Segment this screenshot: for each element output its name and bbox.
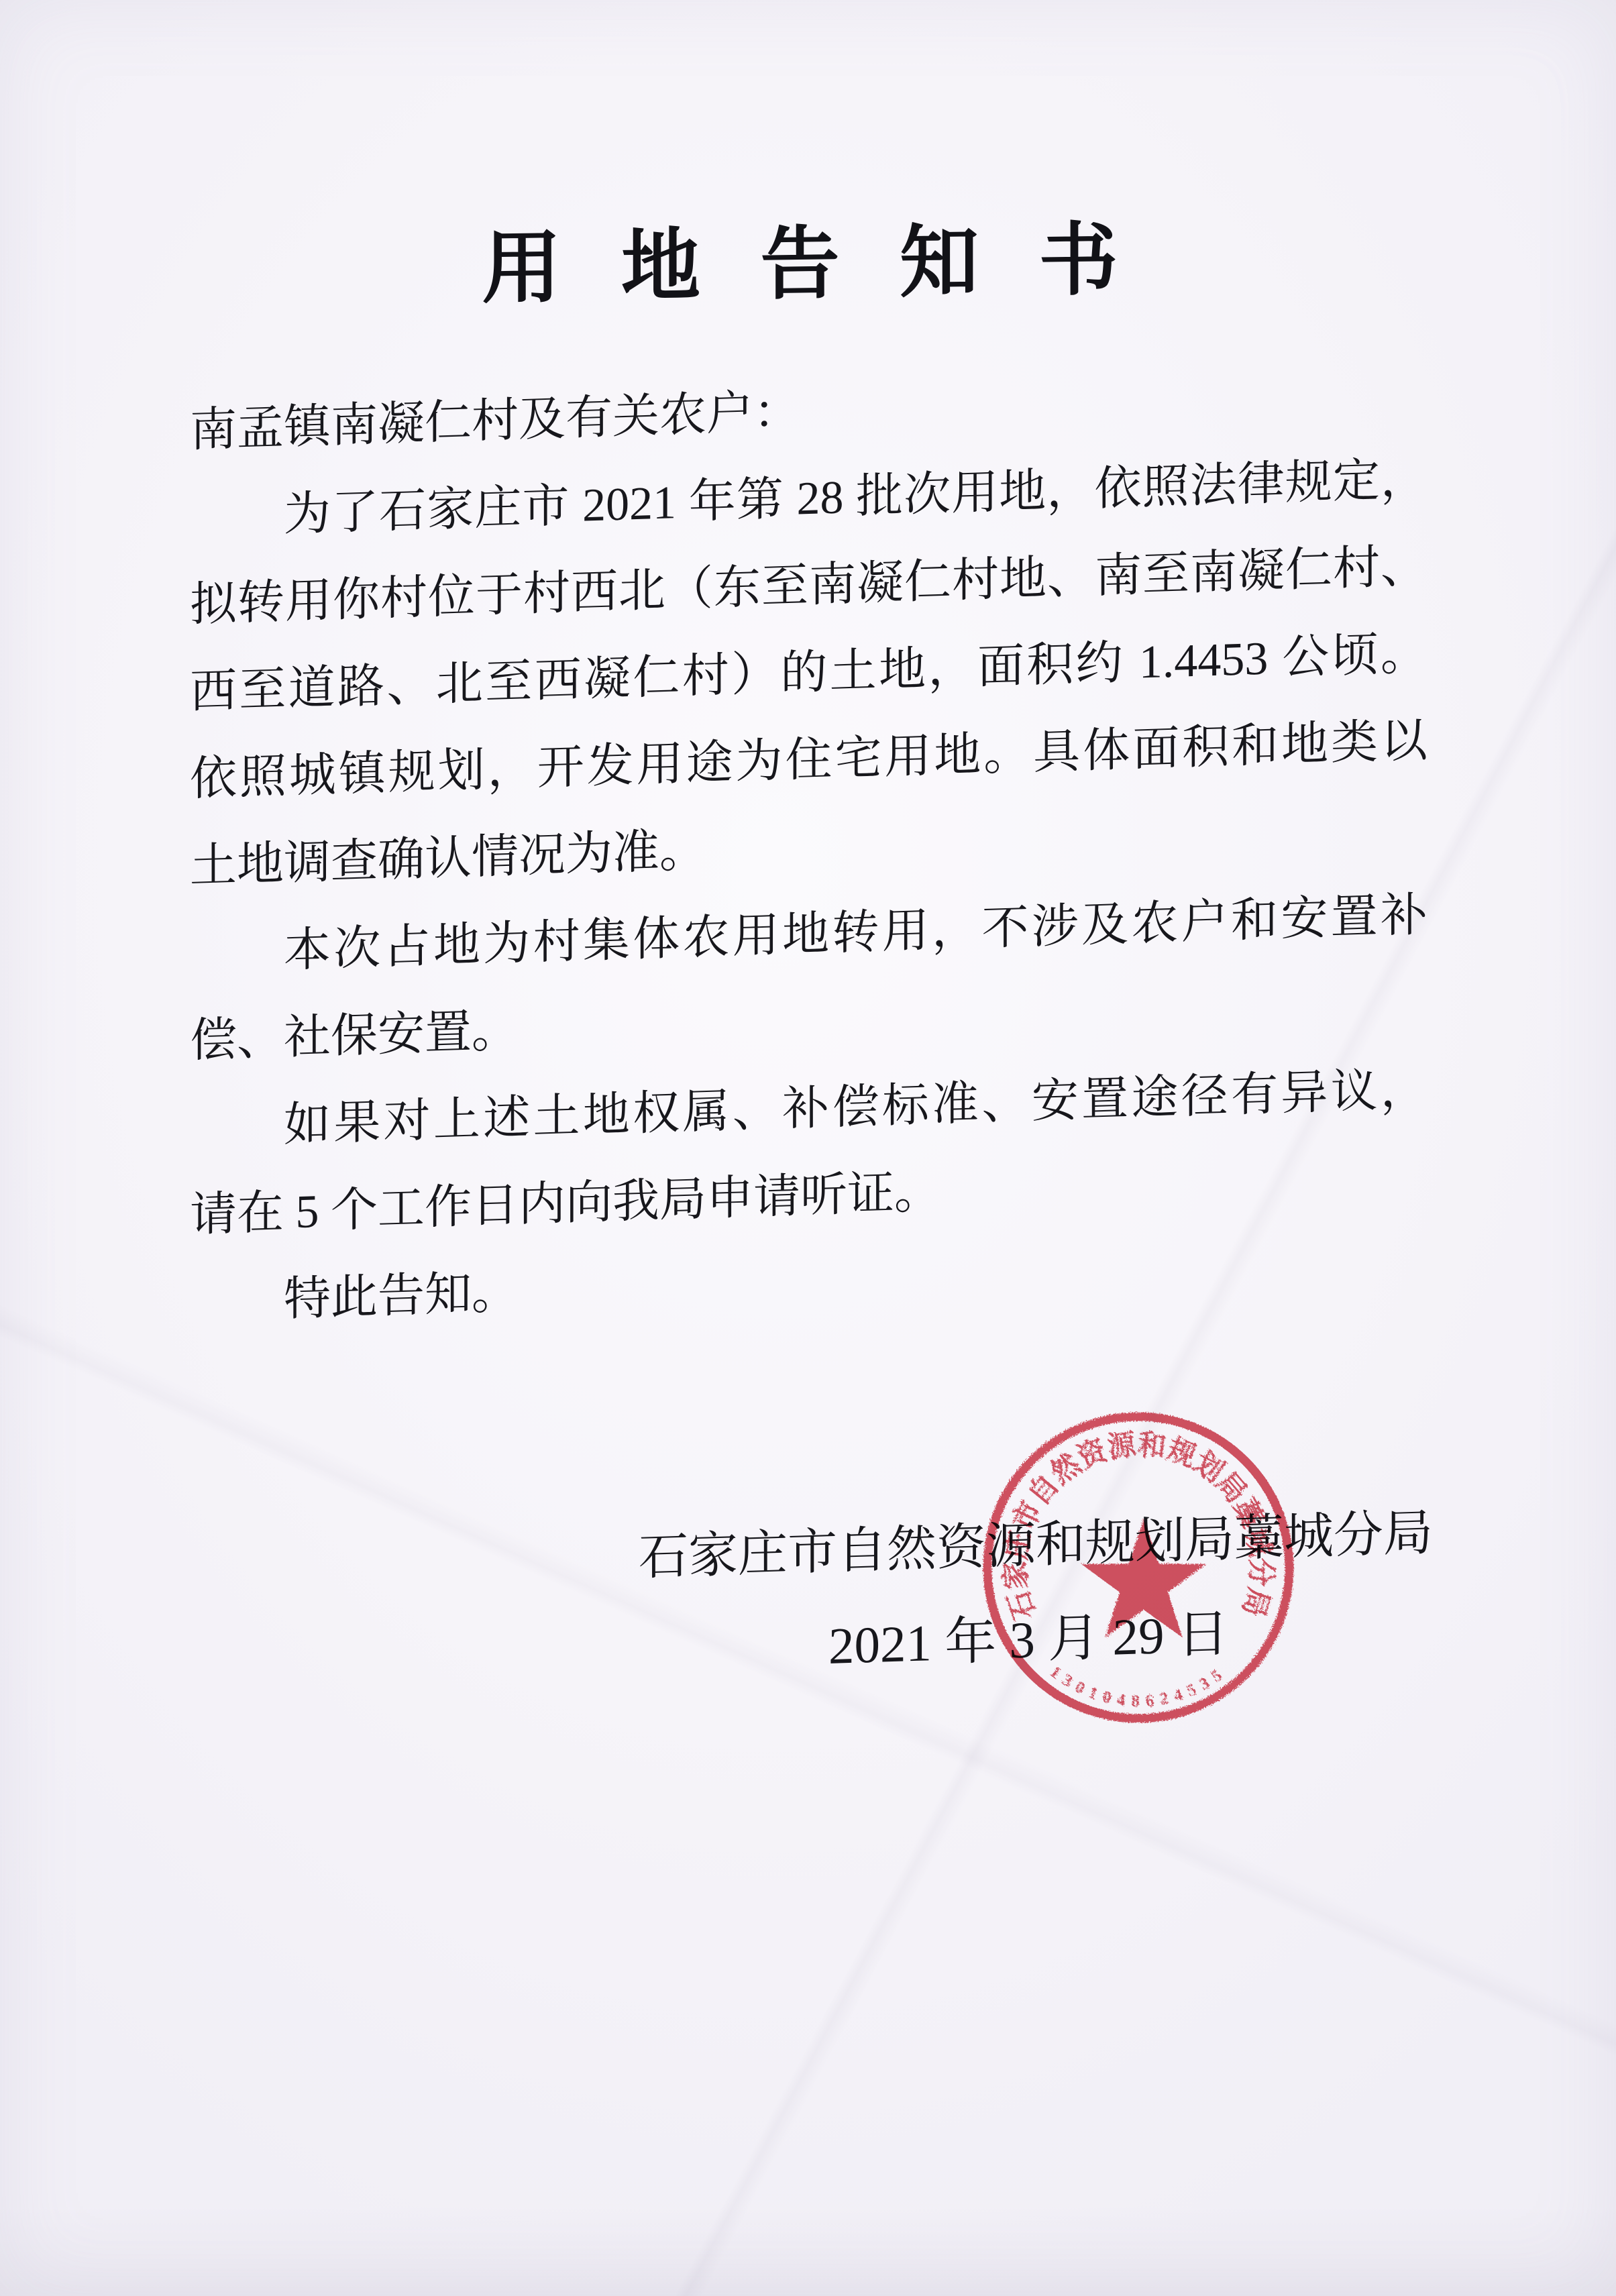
seal-star-icon — [1081, 1519, 1206, 1637]
official-seal-stamp: 石家庄市自然资源和规划局藁城分局 1301048624535 — [977, 1407, 1299, 1729]
document-title: 用 地 告 知 书 — [191, 203, 1429, 327]
document-body: 南孟镇南凝仁村及有关农户： 为了石家庄市 2021 年第 28 批次用地，依照法… — [190, 349, 1428, 1347]
document-page: 用 地 告 知 书 南孟镇南凝仁村及有关农户： 为了石家庄市 2021 年第 2… — [0, 0, 1616, 2296]
